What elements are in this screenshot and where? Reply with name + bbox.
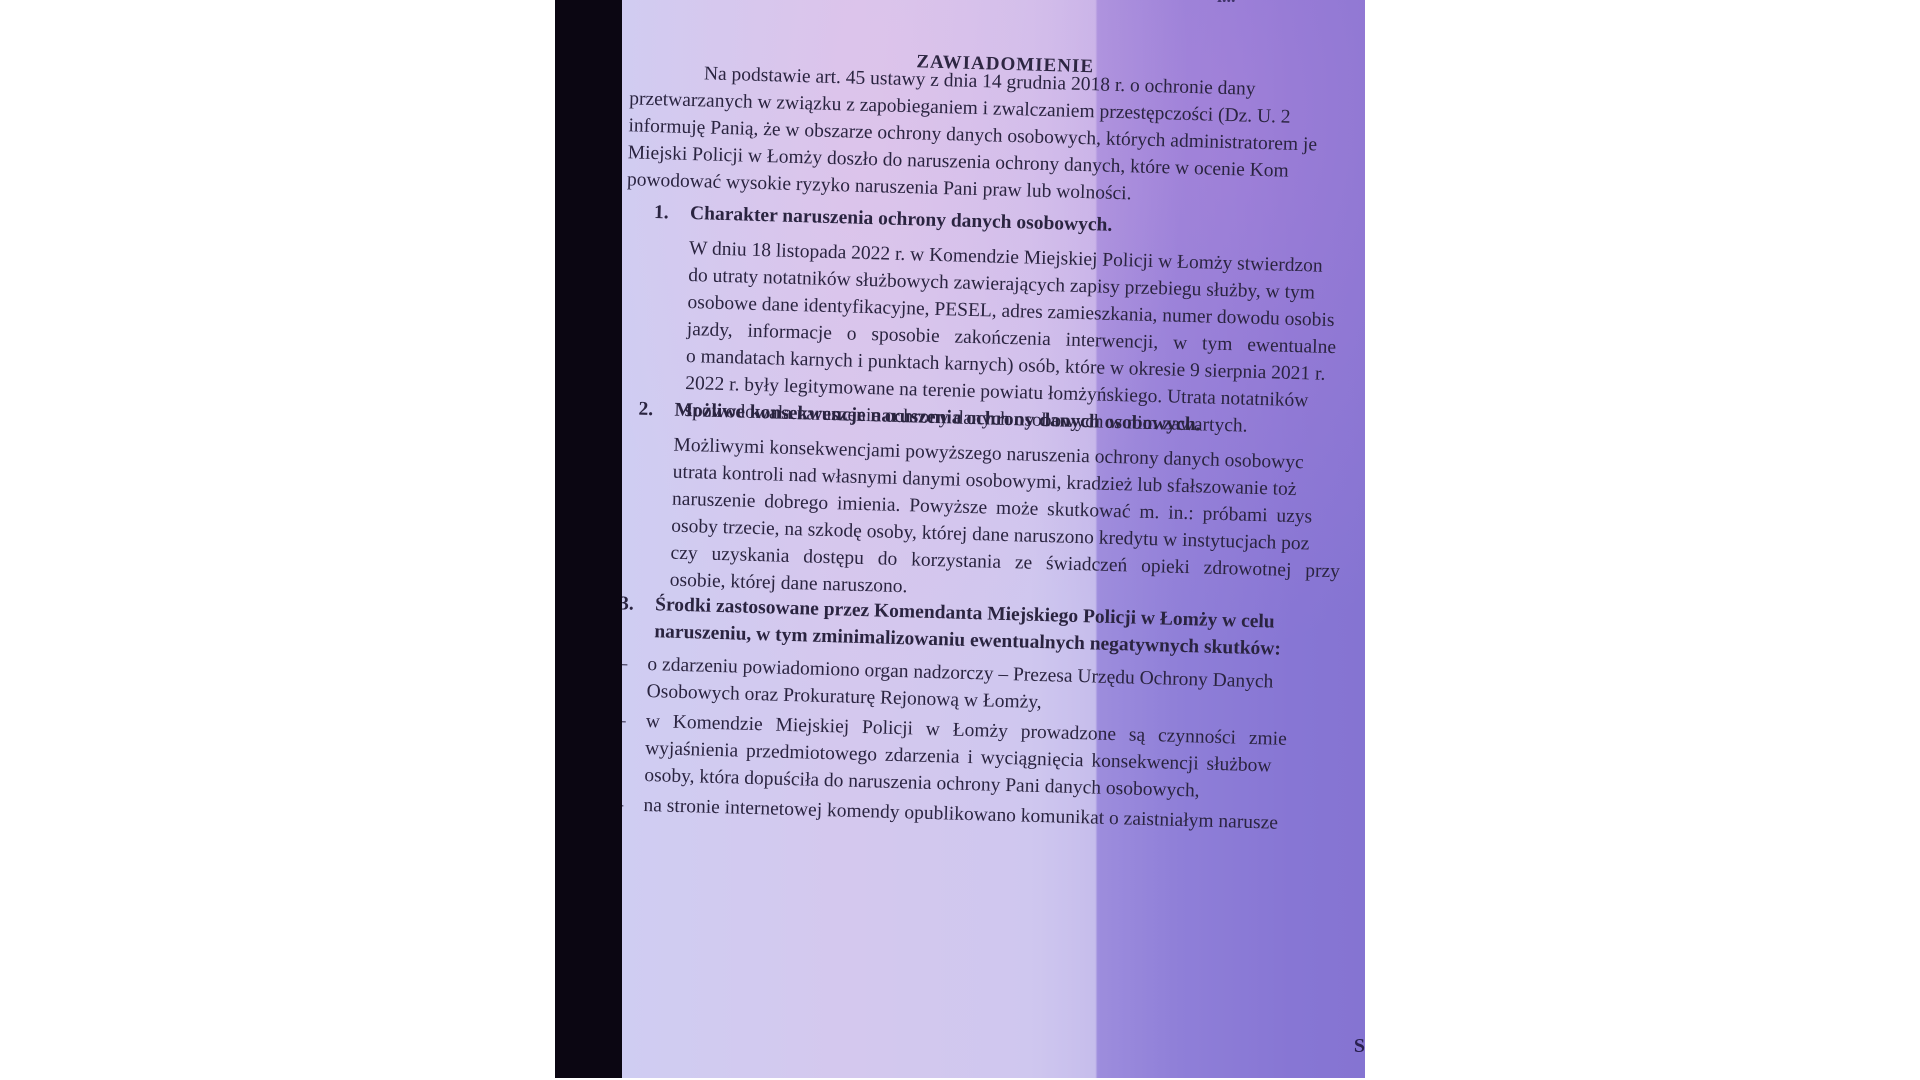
- cut-off-header-fragment: l...: [1217, 0, 1236, 7]
- paper-sheet: ZAWIADOMIENIE Na podstawie art. 45 ustaw…: [622, 0, 1365, 1078]
- document-text: ZAWIADOMIENIE Na podstawie art. 45 ustaw…: [622, 0, 1365, 25]
- section-2: 2. Możliwe konsekwencje naruszenia ochro…: [633, 396, 1365, 614]
- measures-list: – o zdarzeniu powiadomiono organ nadzorc…: [622, 650, 1365, 839]
- intro-paragraph: Na podstawie art. 45 ustawy z dnia 14 gr…: [627, 58, 1365, 214]
- document-photo: ZAWIADOMIENIE Na podstawie art. 45 ustaw…: [555, 0, 1365, 1078]
- section-3: 3. Środki zastosowane przez Komendanta M…: [622, 590, 1365, 842]
- section-body: Możliwymi konsekwencjami powyższego naru…: [669, 432, 1365, 614]
- page-corner-text: S: [1354, 1035, 1365, 1058]
